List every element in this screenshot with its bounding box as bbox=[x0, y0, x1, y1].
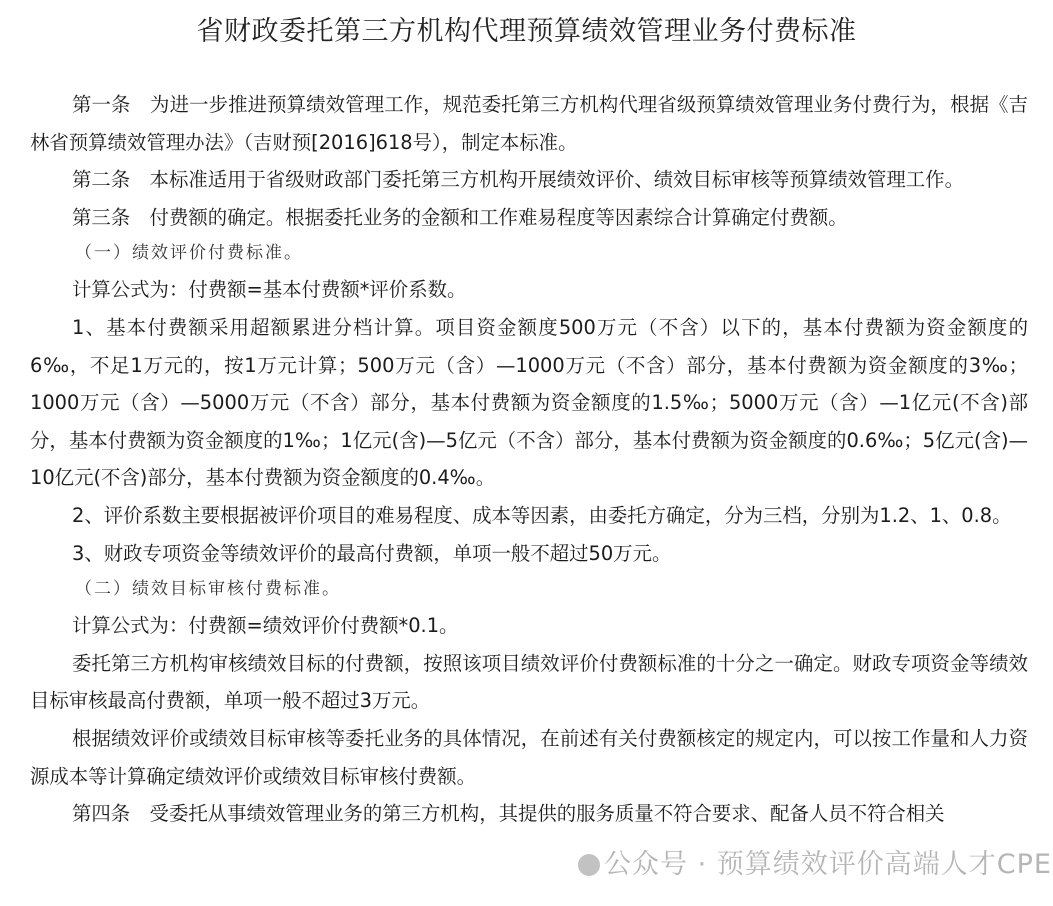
subheading-performance-evaluation: （一）绩效评价付费标准。 bbox=[30, 236, 1028, 271]
watermark-text: 公众号 · 预算绩效评价高端人才CPEP bbox=[604, 849, 1053, 880]
article-2: 第二条 本标准适用于省级财政部门委托第三方机构开展绩效评价、绩效目标审核等预算绩… bbox=[30, 161, 1028, 199]
watermark: 公众号 · 预算绩效评价高端人才CPEP bbox=[578, 842, 1053, 881]
clause-target-review-fee: 委托第三方机构审核绩效目标的付费额，按照该项目绩效评价付费额标准的十分之一确定。… bbox=[30, 645, 1028, 720]
clause-workload-basis: 根据绩效评价或绩效目标审核等委托业务的具体情况，在前述有关付费额核定的规定内，可… bbox=[30, 720, 1028, 795]
subheading-target-review: （二）绩效目标审核付费标准。 bbox=[30, 572, 1028, 607]
document-title: 省财政委托第三方机构代理预算绩效管理业务付费标准 bbox=[0, 10, 1053, 54]
clause-evaluation-coefficient: 2、评价系数主要根据被评价项目的难易程度、成本等因素，由委托方确定，分为三档，分… bbox=[30, 497, 1028, 535]
document-body: 第一条 为进一步推进预算绩效管理工作，规范委托第三方机构代理省级预算绩效管理业务… bbox=[30, 86, 1028, 833]
formula-target-review: 计算公式为：付费额=绩效评价付费额*0.1。 bbox=[30, 607, 1028, 645]
clause-max-fee: 3、财政专项资金等绩效评价的最高付费额，单项一般不超过50万元。 bbox=[30, 535, 1028, 573]
article-4: 第四条 受委托从事绩效管理业务的第三方机构，其提供的服务质量不符合要求、配备人员… bbox=[30, 795, 1028, 833]
article-3: 第三条 付费额的确定。根据委托业务的金额和工作难易程度等因素综合计算确定付费额。 bbox=[30, 199, 1028, 237]
wechat-icon bbox=[578, 854, 600, 876]
article-1: 第一条 为进一步推进预算绩效管理工作，规范委托第三方机构代理省级预算绩效管理业务… bbox=[30, 86, 1028, 161]
formula-evaluation: 计算公式为：付费额=基本付费额*评价系数。 bbox=[30, 271, 1028, 309]
clause-basic-fee: 1、基本付费额采用超额累进分档计算。项目资金额度500万元（不含）以下的，基本付… bbox=[30, 309, 1028, 497]
